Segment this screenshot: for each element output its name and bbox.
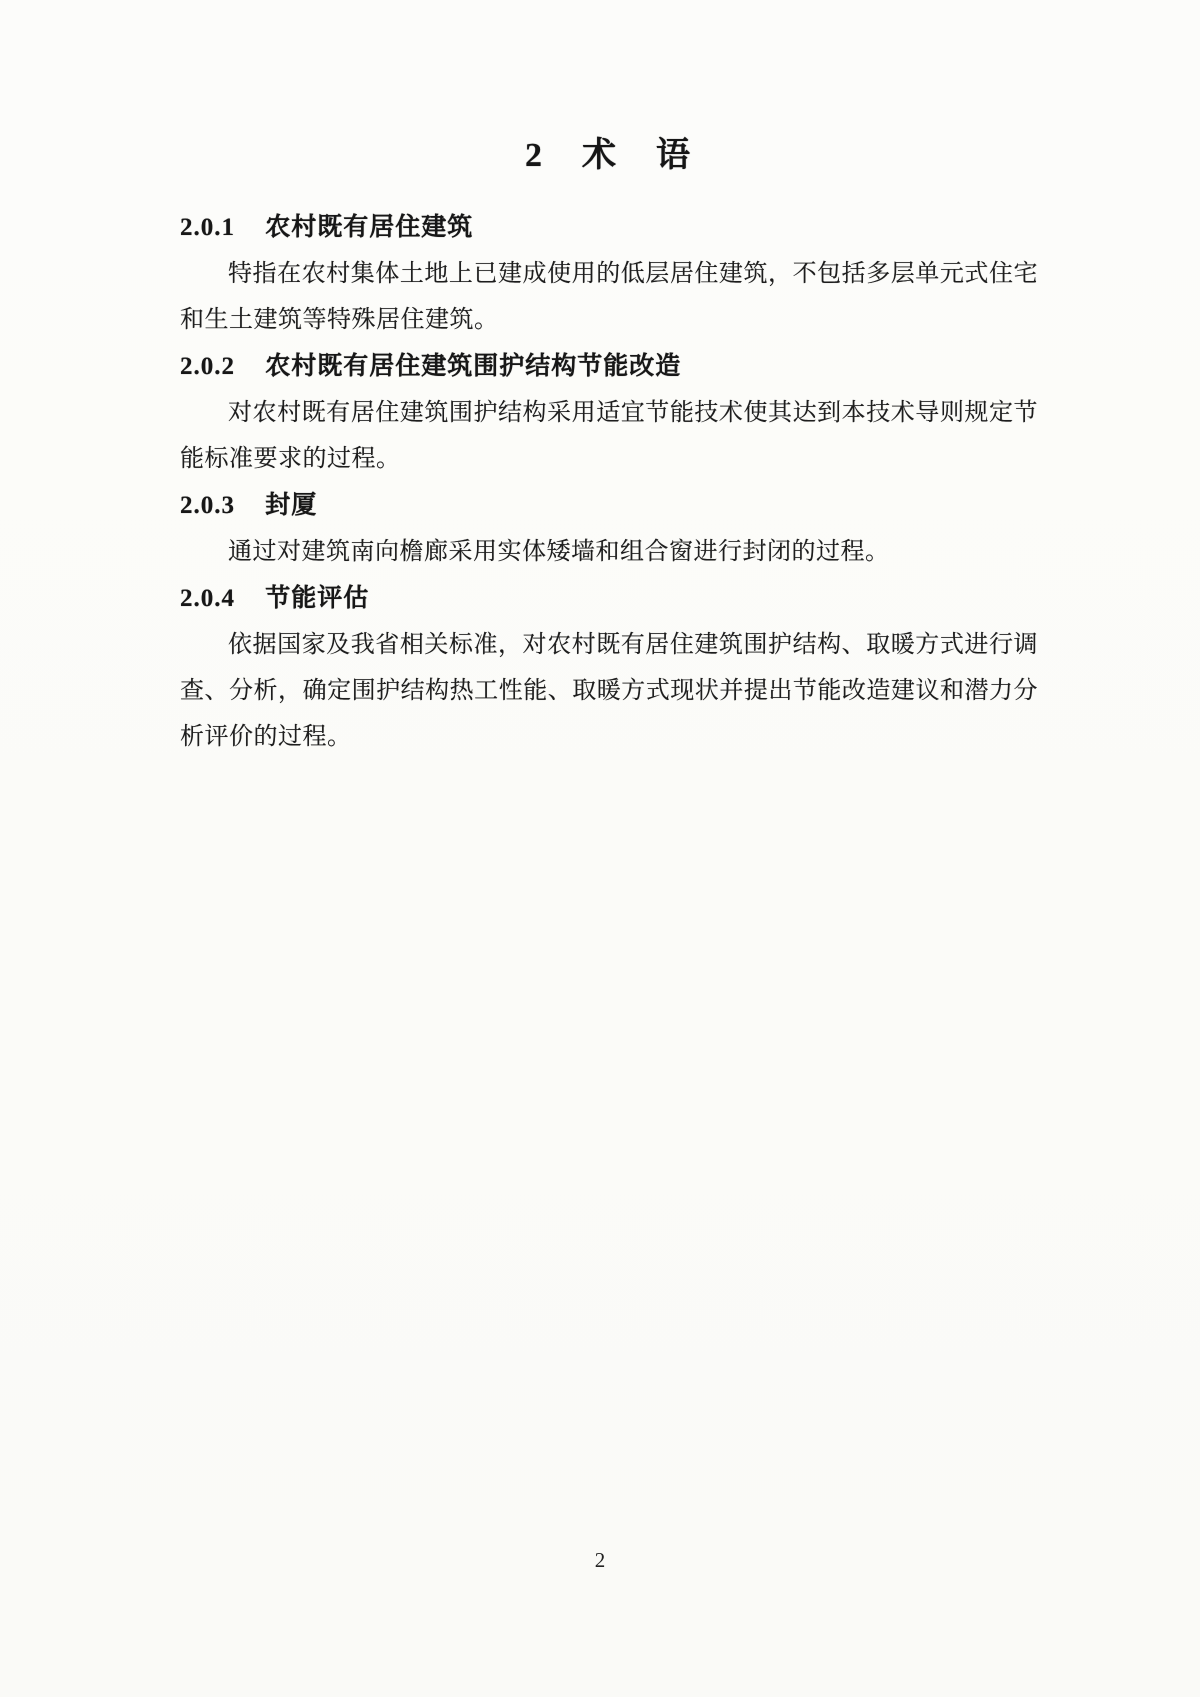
term-heading: 2.0.3 封厦 (180, 482, 1038, 529)
term-title: 农村既有居住建筑围护结构节能改造 (265, 352, 681, 380)
term-section-203: 2.0.3 封厦 通过对建筑南向檐廊采用实体矮墙和组合窗进行封闭的过程。 (180, 482, 1038, 575)
page-number: 2 (0, 1548, 1200, 1573)
document-page: 2 术 语 2.0.1 农村既有居住建筑 特指在农村集体土地上已建成使用的低层居… (0, 0, 1200, 1697)
term-section-204: 2.0.4 节能评估 依据国家及我省相关标准，对农村既有居住建筑围护结构、取暖方… (180, 575, 1038, 760)
term-heading: 2.0.4 节能评估 (180, 575, 1038, 622)
term-title: 农村既有居住建筑 (265, 213, 473, 241)
term-title: 封厦 (265, 491, 317, 519)
term-number: 2.0.3 (180, 492, 235, 519)
chapter-title: 2 术 语 (180, 130, 1038, 182)
term-title: 节能评估 (265, 584, 369, 612)
term-definition: 通过对建筑南向檐廊采用实体矮墙和组合窗进行封闭的过程。 (180, 529, 1038, 575)
term-definition: 对农村既有居住建筑围护结构采用适宜节能技术使其达到本技术导则规定节能标准要求的过… (180, 390, 1038, 482)
term-number: 2.0.2 (180, 353, 235, 380)
term-section-202: 2.0.2 农村既有居住建筑围护结构节能改造 对农村既有居住建筑围护结构采用适宜… (180, 343, 1038, 482)
term-definition: 依据国家及我省相关标准，对农村既有居住建筑围护结构、取暖方式进行调查、分析，确定… (180, 622, 1038, 760)
term-section-201: 2.0.1 农村既有居住建筑 特指在农村集体土地上已建成使用的低层居住建筑，不包… (180, 204, 1038, 343)
document-body: 2 术 语 2.0.1 农村既有居住建筑 特指在农村集体土地上已建成使用的低层居… (180, 130, 1038, 760)
term-definition: 特指在农村集体土地上已建成使用的低层居住建筑，不包括多层单元式住宅和生土建筑等特… (180, 251, 1038, 343)
term-number: 2.0.4 (180, 585, 235, 612)
term-number: 2.0.1 (180, 214, 235, 241)
term-heading: 2.0.2 农村既有居住建筑围护结构节能改造 (180, 343, 1038, 390)
term-heading: 2.0.1 农村既有居住建筑 (180, 204, 1038, 251)
